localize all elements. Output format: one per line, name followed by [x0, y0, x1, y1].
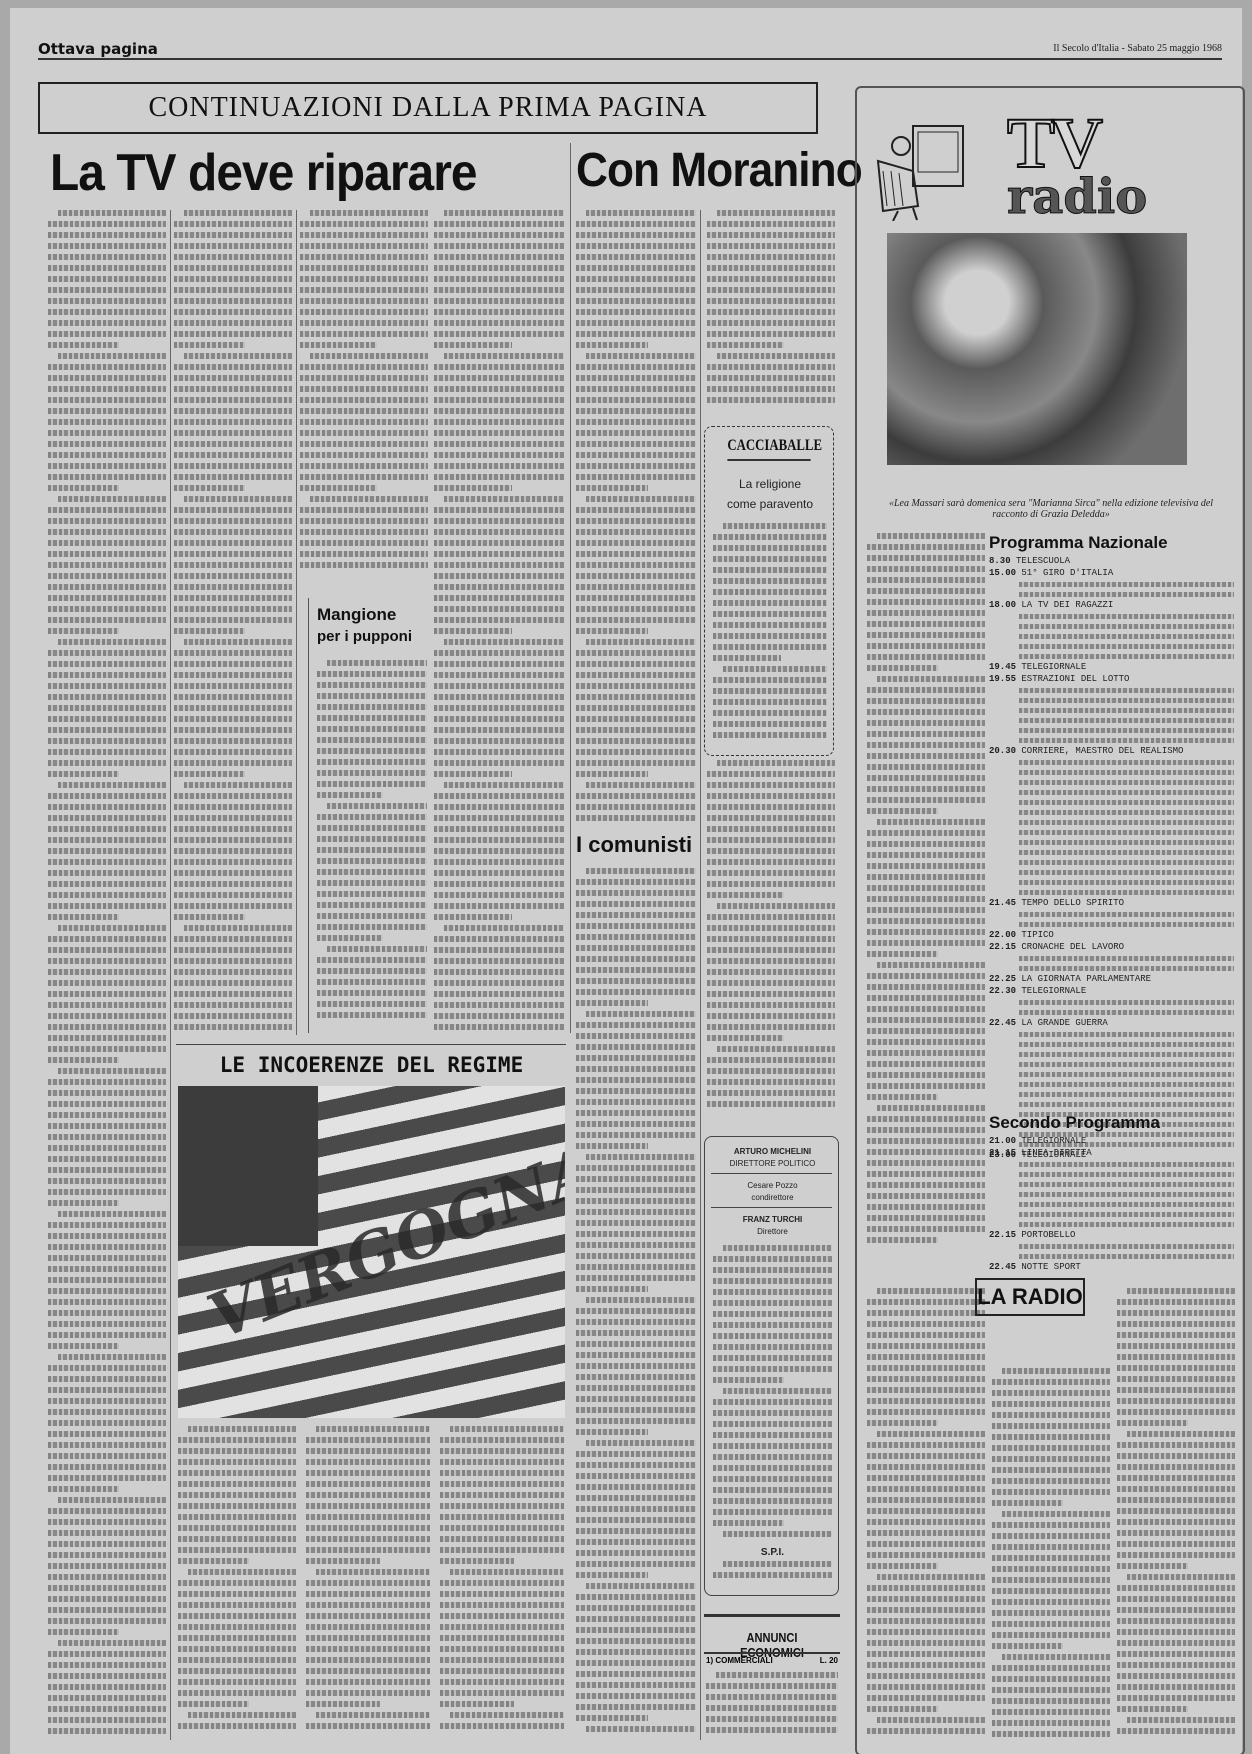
body-text-line	[867, 841, 985, 847]
body-text-line	[877, 676, 985, 682]
program-description-line	[1019, 592, 1234, 597]
body-text-line	[178, 1558, 249, 1564]
body-text-line	[317, 770, 427, 776]
body-text-line	[48, 1013, 166, 1019]
body-text-line	[434, 749, 564, 755]
body-text-line	[174, 870, 292, 876]
body-text-line	[48, 1332, 166, 1338]
body-text-line	[713, 1443, 832, 1449]
body-text-line	[174, 705, 292, 711]
headline-comunisti: I comunisti	[576, 834, 692, 856]
body-text-line	[1117, 1354, 1235, 1360]
program-description-line	[1019, 1162, 1234, 1167]
program-description-line	[1019, 1000, 1234, 1005]
body-text-line	[576, 1022, 696, 1028]
body-text-line	[576, 934, 696, 940]
body-text-line	[174, 606, 292, 612]
body-text-line	[174, 309, 292, 315]
radio-logo: radio	[1007, 172, 1147, 222]
body-text-line	[306, 1580, 430, 1586]
body-text-line	[576, 221, 696, 227]
program-description-line	[1019, 760, 1234, 765]
body-text-line	[48, 672, 166, 678]
body-text-line	[992, 1544, 1110, 1550]
body-text-line	[48, 936, 166, 942]
body-text-line	[867, 1299, 985, 1305]
body-text-line	[576, 419, 696, 425]
body-text-line	[48, 958, 166, 964]
program-time: 8.30	[989, 556, 1016, 566]
body-text-line	[707, 254, 835, 260]
body-text-line	[576, 727, 696, 733]
body-text-line	[178, 1536, 296, 1542]
program-description-line	[1019, 634, 1234, 639]
body-text-line	[48, 661, 166, 667]
body-text-line	[867, 1640, 985, 1646]
body-text-line	[992, 1588, 1110, 1594]
body-text-line	[48, 1706, 166, 1712]
body-text-line	[48, 298, 166, 304]
classifieds-category: 1) COMMERCIALI L. 20	[706, 1656, 838, 1665]
body-text-line	[1117, 1497, 1235, 1503]
body-text-line	[184, 782, 292, 788]
body-text-line	[48, 452, 166, 458]
body-text-line	[306, 1646, 430, 1652]
body-text-line	[867, 1116, 985, 1122]
body-text-line	[707, 947, 835, 953]
body-text-line	[434, 265, 564, 271]
body-text-line	[306, 1536, 430, 1542]
body-text-line	[576, 386, 696, 392]
body-text-line	[434, 1024, 564, 1030]
body-text-line	[707, 232, 835, 238]
body-text-line	[586, 1583, 696, 1589]
body-text-line	[300, 309, 428, 315]
body-text-line	[306, 1701, 380, 1707]
body-text-line	[576, 1319, 696, 1325]
body-text-line	[48, 441, 166, 447]
body-text-line	[48, 463, 166, 469]
body-text-line	[174, 694, 292, 700]
body-text-line	[434, 870, 564, 876]
body-text-line	[300, 441, 428, 447]
program-description-line	[1019, 1062, 1234, 1067]
body-text-line	[174, 661, 292, 667]
body-text-line	[867, 1596, 985, 1602]
body-text-line	[867, 1365, 985, 1371]
headline-mangione-2: per i pupponi	[317, 626, 412, 648]
body-text-line	[867, 1138, 985, 1144]
body-text-line	[1127, 1717, 1235, 1723]
body-text-line	[576, 463, 696, 469]
body-text-line	[317, 858, 427, 864]
body-text-line	[713, 578, 827, 584]
body-text-line	[576, 1660, 696, 1666]
program-description-line	[1019, 728, 1234, 733]
body-text-line	[576, 1385, 696, 1391]
body-text-line	[877, 1288, 985, 1294]
body-text-line	[316, 1569, 430, 1575]
body-text-line	[867, 1050, 985, 1056]
body-text-line	[576, 705, 696, 711]
body-text-line	[992, 1423, 1110, 1429]
body-text-line	[48, 1574, 166, 1580]
body-text-line	[867, 544, 985, 550]
body-text-line	[867, 698, 985, 704]
body-text-line	[48, 1618, 166, 1624]
body-text-line	[434, 243, 564, 249]
body-text-line	[706, 1694, 838, 1700]
body-text-line	[174, 958, 292, 964]
body-text-line	[576, 1220, 696, 1226]
body-text-line	[867, 1171, 985, 1177]
program-item: 22.15 CRONACHE DEL LAVORO	[989, 942, 1124, 952]
body-text-line	[1117, 1442, 1235, 1448]
body-text-line	[317, 957, 427, 963]
body-text-line	[723, 1388, 832, 1394]
body-text-line	[576, 1484, 696, 1490]
body-text-line	[707, 287, 835, 293]
body-text-line	[576, 540, 696, 546]
tv-radio-section: TV radio «Lea Massari sarà domenica sera…	[855, 86, 1245, 1754]
body-text-line	[48, 1255, 166, 1261]
body-text-line	[48, 595, 166, 601]
body-text-line	[992, 1401, 1110, 1407]
body-text-line	[48, 628, 119, 634]
body-text-line	[48, 947, 166, 953]
body-text-line	[576, 1396, 696, 1402]
body-text-line	[707, 364, 835, 370]
body-text-line	[867, 1182, 985, 1188]
body-text-line	[178, 1613, 296, 1619]
body-text-line	[867, 1486, 985, 1492]
body-text-line	[586, 353, 696, 359]
body-text-line	[707, 914, 835, 920]
body-text-line	[300, 342, 377, 348]
body-text-line	[1117, 1706, 1188, 1712]
body-text-line	[178, 1470, 296, 1476]
body-text-line	[174, 771, 245, 777]
body-text-line	[310, 496, 428, 502]
body-text-line	[867, 940, 985, 946]
body-text-line	[707, 331, 835, 337]
body-text-line	[576, 1605, 696, 1611]
body-text-line	[1117, 1420, 1188, 1426]
body-text-line	[434, 474, 564, 480]
body-text-line	[434, 914, 512, 920]
body-text-line	[317, 748, 427, 754]
body-text-line	[440, 1591, 564, 1597]
body-text-line	[434, 540, 564, 546]
incoerenze-col-1	[178, 1426, 296, 1744]
body-text-line	[576, 716, 696, 722]
editor-name: FRANZ TURCHI	[705, 1215, 840, 1224]
body-text-line	[48, 980, 166, 986]
body-text-line	[434, 705, 564, 711]
body-text-line	[576, 771, 648, 777]
body-text-line	[576, 1352, 696, 1358]
body-text-line	[434, 958, 564, 964]
body-text-line	[576, 628, 648, 634]
program-description-line	[1019, 912, 1234, 917]
body-text-line	[306, 1690, 430, 1696]
body-text-line	[48, 1178, 166, 1184]
body-text-line	[867, 830, 985, 836]
body-text-line	[300, 276, 428, 282]
body-text-line	[434, 617, 564, 623]
body-text-line	[576, 1715, 648, 1721]
body-text-line	[174, 474, 292, 480]
program-label: TELESCUOLA	[1016, 556, 1070, 566]
body-text-line	[576, 1165, 696, 1171]
body-text-line	[48, 562, 166, 568]
body-text-line	[48, 1299, 166, 1305]
body-text-line	[713, 1465, 832, 1471]
body-text-line	[576, 738, 696, 744]
body-text-line	[48, 331, 166, 337]
body-text-line	[434, 892, 564, 898]
body-text-line	[707, 298, 835, 304]
body-text-line	[867, 1530, 985, 1536]
body-text-line	[48, 1189, 166, 1195]
body-text-line	[306, 1602, 430, 1608]
body-text-line	[867, 720, 985, 726]
body-text-line	[1117, 1673, 1235, 1679]
body-text-line	[992, 1445, 1110, 1451]
body-text-line	[188, 1569, 296, 1575]
body-text-line	[310, 353, 428, 359]
program-description-line	[1019, 870, 1234, 875]
body-text-line	[434, 485, 512, 491]
body-text-line	[174, 595, 292, 601]
body-text-line	[867, 687, 985, 693]
body-text-line	[713, 1267, 832, 1273]
program-label: LA GRANDE GUERRA	[1021, 1018, 1107, 1028]
body-text-line	[48, 1673, 166, 1679]
body-text-line	[867, 753, 985, 759]
body-text-line	[992, 1489, 1110, 1495]
body-text-line	[48, 1420, 166, 1426]
body-text-line	[450, 1712, 564, 1718]
body-text-line	[576, 562, 696, 568]
body-text-line	[434, 276, 564, 282]
body-text-line	[576, 956, 696, 962]
body-text-line	[48, 397, 166, 403]
body-text-line	[48, 705, 166, 711]
body-text-line	[576, 815, 696, 821]
body-text-line	[434, 672, 564, 678]
body-text-line	[178, 1701, 249, 1707]
body-text-line	[713, 710, 827, 716]
body-text-line	[317, 869, 427, 875]
body-text-line	[877, 962, 985, 968]
body-text-line	[317, 781, 427, 787]
body-text-line	[48, 1376, 166, 1382]
body-text-line	[576, 1506, 696, 1512]
body-text-line	[48, 584, 166, 590]
radio-col-2	[992, 1368, 1110, 1748]
moranino-col-1	[576, 210, 696, 830]
body-text-line	[867, 1552, 985, 1558]
body-text-line	[48, 254, 166, 260]
body-text-line	[48, 1156, 166, 1162]
body-text-line	[992, 1467, 1110, 1473]
body-text-line	[48, 1464, 166, 1470]
body-text-line	[306, 1558, 380, 1564]
body-text-line	[867, 1354, 985, 1360]
body-text-line	[867, 1508, 985, 1514]
body-text-line	[707, 892, 784, 898]
body-text-line	[174, 320, 292, 326]
body-text-line	[713, 699, 827, 705]
body-text-line	[586, 1011, 696, 1017]
body-text-line	[48, 1321, 166, 1327]
body-text-line	[707, 320, 835, 326]
program-description-line	[1019, 860, 1234, 865]
body-text-line	[178, 1492, 296, 1498]
body-text-line	[717, 1046, 835, 1052]
body-text-line	[723, 1561, 832, 1567]
body-text-line	[306, 1525, 430, 1531]
body-text-line	[48, 342, 119, 348]
body-text-line	[48, 1530, 166, 1536]
body-text-line	[867, 863, 985, 869]
body-text-line	[867, 929, 985, 935]
body-text-line	[576, 584, 696, 590]
program-label: 51° GIRO D'ITALIA	[1021, 568, 1113, 578]
date-line: Il Secolo d'Italia - Sabato 25 maggio 19…	[1053, 43, 1222, 54]
body-text-line	[707, 969, 835, 975]
body-text-line	[434, 694, 564, 700]
body-text-line	[992, 1687, 1110, 1693]
program-description-line	[1019, 738, 1234, 743]
body-text-line	[434, 815, 564, 821]
body-text-line	[713, 1454, 832, 1460]
program-item: 15.00 51° GIRO D'ITALIA	[989, 568, 1113, 578]
body-text-line	[434, 716, 564, 722]
body-text-line	[586, 639, 696, 645]
cacciaballe-col-2	[707, 760, 835, 1120]
body-text-line	[707, 958, 835, 964]
body-text-line	[576, 879, 696, 885]
body-text-line	[440, 1470, 564, 1476]
body-text-line	[867, 1006, 985, 1012]
body-text-line	[576, 1363, 696, 1369]
body-text-line	[300, 298, 428, 304]
body-text-line	[1117, 1310, 1235, 1316]
body-text-line	[576, 320, 696, 326]
body-text-line	[178, 1437, 296, 1443]
body-text-line	[440, 1613, 564, 1619]
body-text-line	[586, 1297, 696, 1303]
body-text-line	[48, 738, 166, 744]
body-text-line	[707, 1002, 835, 1008]
body-text-line	[867, 1607, 985, 1613]
body-text-line	[306, 1481, 430, 1487]
body-text-line	[434, 320, 564, 326]
body-text-line	[317, 913, 427, 919]
radio-col-1	[867, 1288, 985, 1748]
body-text-line	[174, 507, 292, 513]
body-text-line	[576, 331, 696, 337]
body-text-line	[713, 1509, 832, 1515]
program-description-line	[1019, 698, 1234, 703]
body-text-line	[723, 1245, 832, 1251]
body-text-line	[867, 1673, 985, 1679]
program-time: 21.45	[989, 898, 1021, 908]
body-text-line	[576, 1055, 696, 1061]
body-text-line	[434, 430, 564, 436]
program-description-line	[1019, 1072, 1234, 1077]
body-text-line	[300, 408, 428, 414]
body-text-line	[1002, 1654, 1110, 1660]
body-text-line	[992, 1533, 1110, 1539]
body-text-line	[713, 1344, 832, 1350]
body-text-line	[723, 666, 827, 672]
body-text-line	[300, 232, 428, 238]
program-description-line	[1019, 800, 1234, 805]
body-text-line	[713, 1520, 784, 1526]
program-description-line	[1019, 1244, 1234, 1249]
body-text-line	[174, 375, 292, 381]
body-text-line	[707, 1024, 835, 1030]
body-text-line	[576, 1429, 648, 1435]
body-text-line	[317, 715, 427, 721]
program-label: LA GIORNATA PARLAMENTARE	[1021, 974, 1151, 984]
body-text-line	[58, 210, 166, 216]
body-text-line	[434, 859, 564, 865]
body-text-line	[306, 1547, 430, 1553]
body-text-line	[48, 1475, 166, 1481]
body-text-line	[48, 1684, 166, 1690]
body-text-line	[300, 474, 428, 480]
body-text-line	[576, 485, 648, 491]
body-text-line	[867, 984, 985, 990]
body-text-line	[717, 353, 835, 359]
program-item: 8.30 TELESCUOLA	[989, 556, 1070, 566]
program-item: 22.45 NOTTE SPORT	[989, 1262, 1081, 1272]
program-description-line	[1019, 770, 1234, 775]
publisher: S.P.I.	[705, 1547, 840, 1558]
body-text-line	[867, 1193, 985, 1199]
body-text-line	[576, 298, 696, 304]
program-description-line	[1019, 1172, 1234, 1177]
body-text-line	[434, 826, 564, 832]
body-text-line	[867, 1072, 985, 1078]
body-text-line	[178, 1514, 296, 1520]
body-text-line	[174, 452, 292, 458]
body-text-line	[867, 1321, 985, 1327]
program-time: 15.00	[989, 568, 1021, 578]
body-text-line	[706, 1683, 838, 1689]
body-text-line	[1117, 1695, 1235, 1701]
body-text-line	[576, 804, 696, 810]
body-text-line	[867, 951, 938, 957]
body-text-line	[178, 1690, 296, 1696]
body-text-line	[306, 1470, 430, 1476]
body-text-line	[48, 1409, 166, 1415]
body-text-line	[1117, 1629, 1235, 1635]
body-text-line	[867, 995, 985, 1001]
director-name: ARTURO MICHELINI	[705, 1147, 840, 1156]
body-text-line	[576, 1704, 696, 1710]
body-text-line	[707, 1013, 835, 1019]
headline-tv: La TV deve riparare	[50, 143, 477, 203]
body-text-line	[992, 1632, 1110, 1638]
second-program-title: Secondo Programma	[989, 1113, 1160, 1133]
body-text-line	[576, 1616, 696, 1622]
body-text-line	[707, 826, 835, 832]
